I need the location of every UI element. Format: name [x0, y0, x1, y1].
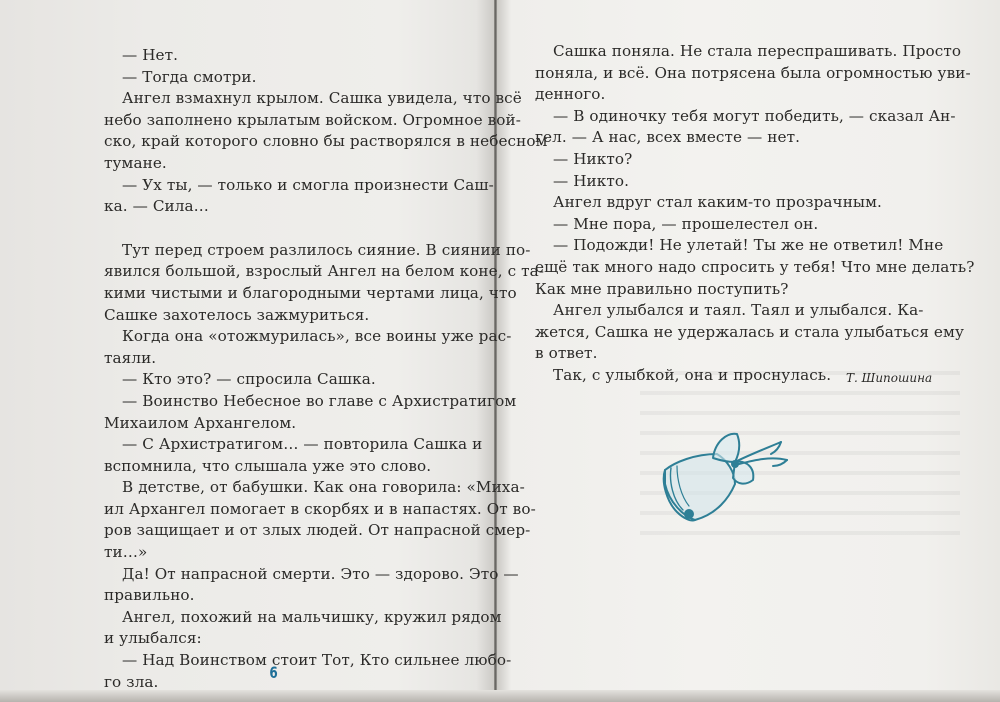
text-line: небо заполнено крылатым войском. Огромно…: [104, 110, 476, 132]
text-line: — Никто.: [535, 171, 931, 193]
text-line: Ангел вдруг стал каким-то прозрачным.: [535, 192, 931, 214]
text-line: поняла, и всё. Она потрясена была огромн…: [535, 63, 931, 85]
text-line: кими чистыми и благородными чертами лица…: [104, 283, 476, 305]
text-line: — С Архистратигом… — повторила Сашка и: [104, 434, 476, 456]
left-page-text: — Нет.— Тогда смотри.Ангел взмахнул крыл…: [104, 45, 476, 693]
text-line: — В одиночку тебя могут победить, — сказ…: [535, 106, 931, 128]
text-line: — Тогда смотри.: [104, 67, 476, 89]
text-line: таяли.: [104, 348, 476, 370]
text-line: жется, Сашка не удержалась и стала улыба…: [535, 322, 931, 344]
text-line: тумане.: [104, 153, 476, 175]
text-line: — Кто это? — спросила Сашка.: [104, 369, 476, 391]
page-number: 6: [269, 663, 277, 682]
text-line: Михаилом Архангелом.: [104, 413, 476, 435]
paragraph-gap: [104, 218, 476, 240]
text-line: Сашке захотелось зажмуриться.: [104, 305, 476, 327]
text-line: и улыбался:: [104, 628, 476, 650]
text-line: Сашка поняла. Не стала переспрашивать. П…: [535, 41, 931, 63]
text-line: — Воинство Небесное во главе с Архистрат…: [104, 391, 476, 413]
text-line: правильно.: [104, 585, 476, 607]
right-page-text: Сашка поняла. Не стала переспрашивать. П…: [535, 41, 931, 387]
text-line: — Ух ты, — только и смогла произнести Са…: [104, 175, 476, 197]
text-line: вспомнила, что слышала уже это слово.: [104, 456, 476, 478]
book-spread: — Нет.— Тогда смотри.Ангел взмахнул крыл…: [0, 0, 1000, 702]
text-line: явился большой, взрослый Ангел на белом …: [104, 261, 476, 283]
text-line: денного.: [535, 84, 931, 106]
page-bottom-edge: [0, 690, 1000, 702]
text-line: в ответ.: [535, 343, 931, 365]
text-line: ка. — Сила…: [104, 196, 476, 218]
text-line: Как мне правильно поступить?: [535, 279, 931, 301]
text-line: ил Архангел помогает в скорбях и в напас…: [104, 499, 476, 521]
text-line: — Подожди! Не улетай! Ты же не ответил! …: [535, 235, 931, 257]
text-line: ров защищает и от злых людей. От напрасн…: [104, 520, 476, 542]
bell-with-ribbon-icon: [655, 432, 795, 542]
text-line: В детстве, от бабушки. Как она говорила:…: [104, 477, 476, 499]
text-line: Ангел взмахнул крылом. Сашка увидела, чт…: [104, 88, 476, 110]
text-line: Ангел улыбался и таял. Таял и улыбался. …: [535, 300, 931, 322]
text-line: ти…»: [104, 542, 476, 564]
text-line: — Мне пора, — прошелестел он.: [535, 214, 931, 236]
text-line: ско, край которого словно бы растворялся…: [104, 131, 476, 153]
text-line: — Никто?: [535, 149, 931, 171]
text-line: Ангел, похожий на мальчишку, кружил рядо…: [104, 607, 476, 629]
text-line: Когда она «отожмурилась», все воины уже …: [104, 326, 476, 348]
text-line: — Нет.: [104, 45, 476, 67]
author-signature: Т. Шипошина: [846, 371, 932, 385]
text-line: гел. — А нас, всех вместе — нет.: [535, 127, 931, 149]
text-line: Тут перед строем разлилось сияние. В сия…: [104, 240, 476, 262]
text-line: ещё так много надо спросить у тебя! Что …: [535, 257, 931, 279]
text-line: — Над Воинством стоит Тот, Кто сильнее л…: [104, 650, 476, 672]
text-line: Да! От напрасной смерти. Это — здорово. …: [104, 564, 476, 586]
